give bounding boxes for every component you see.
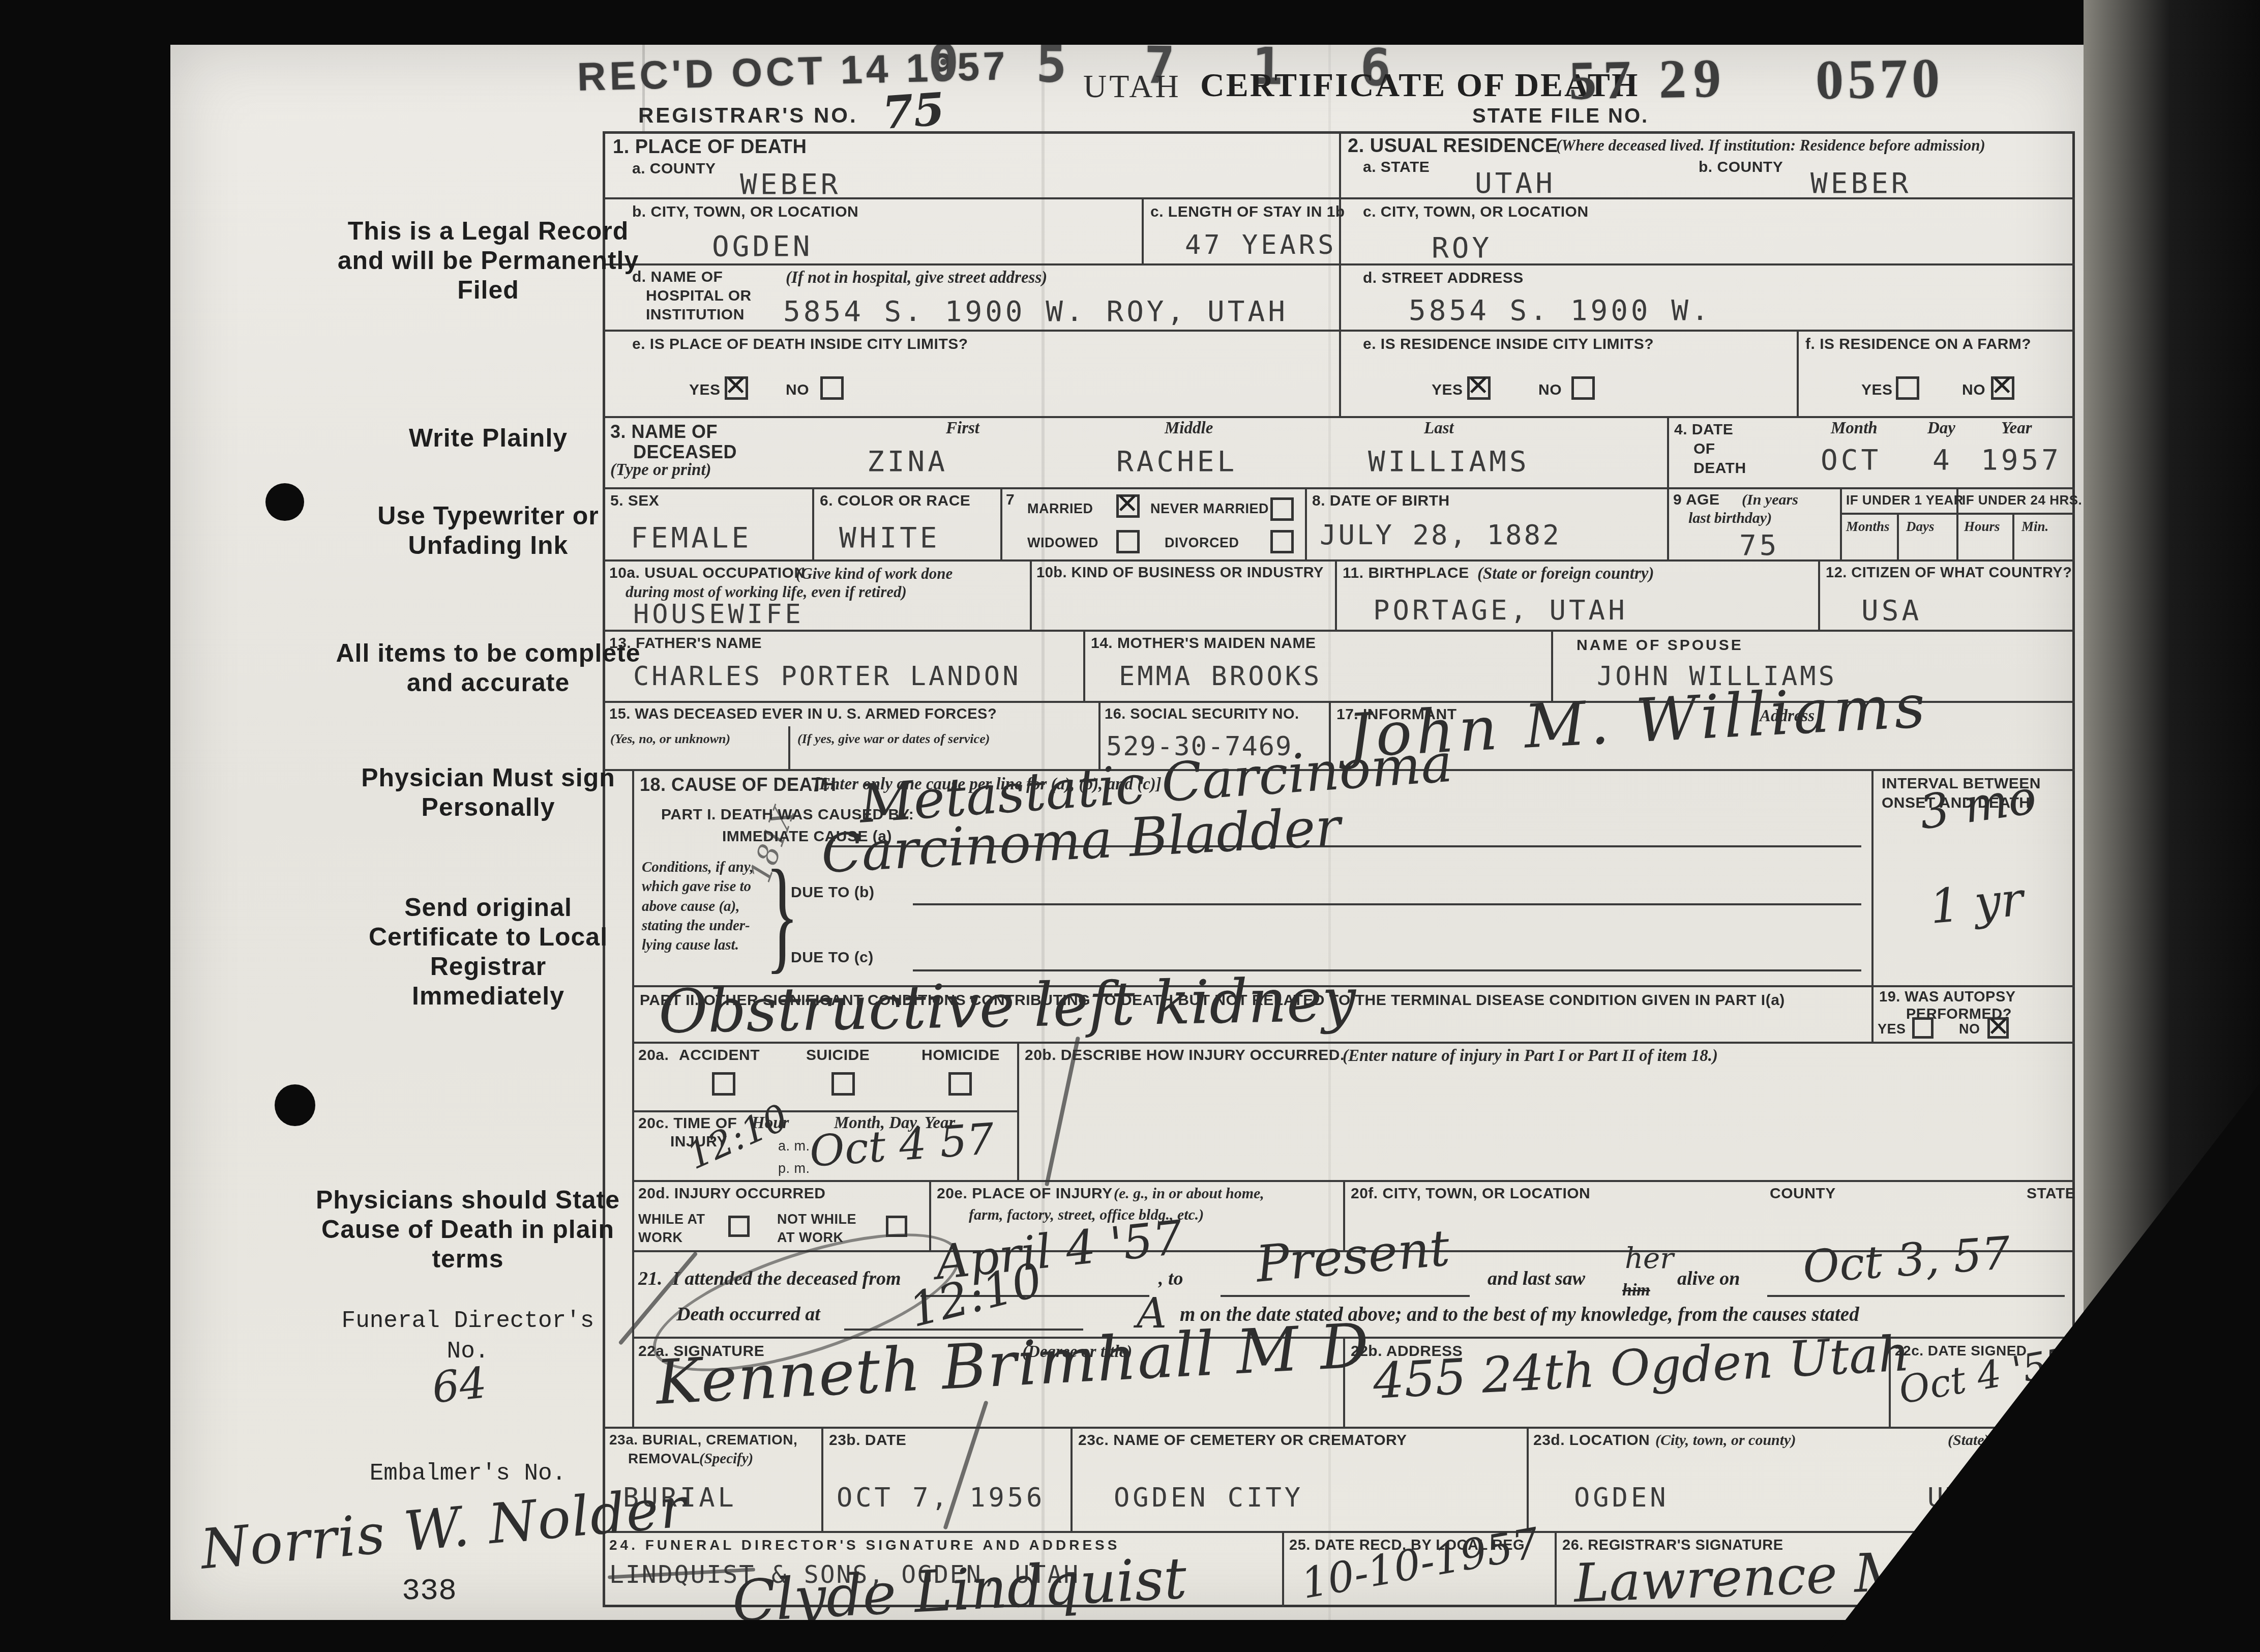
s14-value: EMMA BROOKS	[1119, 661, 1322, 692]
s2d-label: d. STREET ADDRESS	[1363, 270, 1524, 287]
s21-text4: alive on	[1677, 1267, 1740, 1290]
s15-divider	[788, 726, 790, 769]
s15-note2: (If yes, give war or dates of service)	[797, 731, 990, 747]
s9-min-label: Min.	[2021, 519, 2048, 535]
punch-hole-bottom	[275, 1084, 315, 1126]
s21-blank-alive	[1767, 1293, 2065, 1297]
s21-text3: and last saw	[1488, 1267, 1585, 1290]
s23d-note: (City, town, or county)	[1655, 1432, 1796, 1449]
place-inside-city-yes-checkbox	[725, 376, 748, 400]
s4-label3: DEATH	[1693, 460, 1746, 477]
s23a-label1: 23a. BURIAL, CREMATION,	[609, 1432, 797, 1448]
s2b-value: WEBER	[1810, 167, 1912, 200]
s3-middle-value: RACHEL	[1116, 445, 1237, 478]
margin-note-plain-terms: Physicians should State Cause of Death i…	[305, 1185, 631, 1274]
s20d-while1: WHILE AT	[638, 1212, 705, 1227]
s4-month-value: OCT	[1821, 444, 1881, 477]
s21-him-struck: him	[1622, 1281, 1650, 1300]
s7-widowed-label: WIDOWED	[1027, 535, 1098, 551]
residence-on-farm-no-checkbox	[1991, 376, 2014, 400]
s19-label1: 19. WAS AUTOPSY	[1879, 989, 2016, 1006]
s10b-label: 10b. KIND OF BUSINESS OR INDUSTRY	[1036, 565, 1324, 581]
state-stamp-serial: 0570	[1815, 46, 1944, 112]
registrar-no-label: REGISTRAR'S NO.	[638, 103, 858, 128]
s1e-label: e. IS PLACE OF DEATH INSIDE CITY LIMITS?	[632, 336, 968, 353]
s23d-label: 23d. LOCATION	[1533, 1432, 1650, 1449]
s9-note2: last birthday)	[1688, 510, 1772, 527]
s9-days-label: Days	[1906, 519, 1935, 535]
s1d-label1: d. NAME OF	[632, 269, 723, 286]
s2-title: 2. USUAL RESIDENCE	[1348, 135, 1558, 157]
interval-b-value: 1 yr	[1927, 872, 2025, 934]
s3-label2: DECEASED	[633, 441, 737, 463]
margin-note-typewriter: Use Typewriter or Unfading Ink	[325, 501, 651, 560]
s3-last-label: Last	[1424, 419, 1454, 438]
s15-note1: (Yes, no, or unknown)	[610, 731, 730, 747]
s20a-homicide-label: HOMICIDE	[921, 1047, 1000, 1064]
s1d-label3: INSTITUTION	[646, 306, 745, 323]
s3-label1: 3. NAME OF	[610, 421, 718, 442]
s1e-no-label: NO	[786, 381, 809, 399]
s1c-value: 47 YEARS	[1185, 230, 1336, 260]
s9-under24-label: IF UNDER 24 HRS.	[1962, 492, 2082, 508]
s21-text2: , to	[1158, 1267, 1183, 1290]
s9-hours-min-divider	[2012, 513, 2014, 559]
s9-hours-label: Hours	[1964, 519, 2000, 535]
s20a-accident-label: ACCIDENT	[679, 1047, 760, 1064]
married-checkbox	[1116, 494, 1140, 518]
s3-note: (Type or print)	[610, 461, 711, 480]
place-inside-city-no-checkbox	[820, 376, 844, 400]
part2-value: Obstructive left kidney	[658, 964, 1357, 1047]
s7-married-label: MARRIED	[1027, 501, 1093, 517]
s2-title-note: (Where deceased lived. If institution: R…	[1556, 136, 1985, 155]
residence-inside-city-yes-checkbox	[1467, 376, 1491, 400]
s4-month-label: Month	[1831, 419, 1878, 438]
accident-checkbox	[712, 1072, 735, 1096]
s23b-label: 23b. DATE	[829, 1432, 906, 1449]
s14-label: 14. MOTHER'S MAIDEN NAME	[1091, 635, 1316, 652]
s10a-note1: (Give kind of work done	[796, 565, 953, 583]
s5-label: 5. SEX	[610, 492, 659, 510]
autopsy-yes-checkbox	[1912, 1017, 1934, 1039]
s20d-while2: WORK	[638, 1230, 682, 1246]
s1d-value: 5854 S. 1900 W. ROY, UTAH	[783, 295, 1288, 328]
s2f-yes-label: YES	[1861, 381, 1893, 399]
s7-num: 7	[1006, 491, 1015, 509]
suicide-checkbox	[831, 1072, 855, 1096]
s23a-note: (Specify)	[699, 1451, 753, 1467]
s9-under1-label: IF UNDER 1 YEAR	[1846, 492, 1964, 508]
s16-label: 16. SOCIAL SECURITY NO.	[1105, 706, 1299, 723]
s1c-label: c. LENGTH OF STAY IN 1b	[1150, 203, 1345, 221]
s8-label: 8. DATE OF BIRTH	[1312, 492, 1450, 510]
film-border-left	[0, 0, 170, 1652]
s20e-label: 20e. PLACE OF INJURY	[937, 1185, 1113, 1202]
s2b-label: b. COUNTY	[1699, 159, 1783, 176]
s9-under24-divider	[1956, 513, 2075, 515]
margin-note-complete: All items to be complete and accurate	[325, 638, 651, 697]
s18-due-b-label: DUE TO (b)	[791, 884, 874, 901]
s3-first-value: ZINA	[867, 445, 948, 478]
s1b-label: b. CITY, TOWN, OR LOCATION	[632, 203, 858, 221]
s10a-label: 10a. USUAL OCCUPATION	[609, 565, 806, 582]
widowed-checkbox	[1116, 530, 1140, 553]
s10a-value: HOUSEWIFE	[633, 599, 804, 630]
s13-value: CHARLES PORTER LANDON	[633, 661, 1021, 692]
s13-label: 13. FATHER'S NAME	[609, 635, 762, 652]
funeral-directors-no-label: Funeral Director's No.	[325, 1306, 610, 1367]
s21-her-handwritten: her	[1625, 1242, 1674, 1275]
s23a-label2: REMOVAL	[628, 1451, 700, 1467]
s2e-yes-label: YES	[1432, 381, 1463, 399]
s20a-suicide-label: SUICIDE	[806, 1047, 870, 1064]
s1a-label: a. COUNTY	[632, 160, 716, 178]
s4-label2: OF	[1693, 440, 1715, 458]
scanned-death-certificate: REC'D OCT 14 1957 0 5 7 1 6 REGISTRAR'S …	[0, 0, 2260, 1652]
s1a-value: WEBER	[740, 168, 841, 201]
s1b-value: OGDEN	[712, 230, 813, 263]
s7-never-married-label: NEVER MARRIED	[1150, 501, 1269, 517]
s9-months-days-divider	[1897, 513, 1899, 559]
s4-year-value: 1957	[1981, 444, 2062, 477]
s2a-label: a. STATE	[1363, 159, 1430, 176]
s4-day-label: Day	[1927, 419, 1955, 438]
s20f-label: 20f. CITY, TOWN, OR LOCATION	[1351, 1185, 1590, 1202]
residence-on-farm-yes-checkbox	[1896, 376, 1919, 400]
margin-note-physician-sign: Physician Must sign Personally	[325, 763, 651, 822]
while-at-work-checkbox	[728, 1216, 750, 1237]
s2a-value: UTAH	[1475, 167, 1556, 200]
margin-note-send-original: Send original Certificate to Local Regis…	[351, 893, 626, 1011]
s3-middle-label: Middle	[1165, 419, 1213, 438]
s11-note: (State or foreign country)	[1477, 565, 1654, 583]
s20c-am-label: a. m.	[778, 1138, 810, 1154]
autopsy-no-checkbox	[1987, 1017, 2009, 1039]
s23b-value: OCT 7, 1956	[837, 1483, 1045, 1513]
homicide-checkbox	[948, 1072, 972, 1096]
s2f-label: f. IS RESIDENCE ON A FARM?	[1805, 336, 2031, 353]
s15-label: 15. WAS DECEASED EVER IN U. S. ARMED FOR…	[609, 706, 997, 723]
s2f-no-label: NO	[1962, 381, 1985, 399]
s5-value: FEMALE	[631, 521, 752, 554]
s3-last-value: WILLIAMS	[1368, 445, 1530, 478]
s2d-value: 5854 S. 1900 W.	[1409, 294, 1712, 327]
margin-note-write-plainly: Write Plainly	[325, 423, 651, 453]
s23c-label: 23c. NAME OF CEMETERY OR CREMATORY	[1078, 1432, 1407, 1449]
s7-divorced-label: DIVORCED	[1165, 535, 1239, 551]
margin-note-legal: This is a Legal Record and will be Perma…	[325, 216, 651, 305]
s23d-city-value: OGDEN	[1574, 1483, 1669, 1513]
s18-title: 18. CAUSE OF DEATH	[640, 774, 836, 795]
s21-num: 21.	[638, 1267, 663, 1290]
s18-line-b	[913, 901, 1861, 905]
s4-label1: 4. DATE	[1674, 421, 1733, 438]
s1d-note: (If not in hospital, give street address…	[786, 269, 1047, 287]
s20d-label: 20d. INJURY OCCURRED	[638, 1185, 825, 1202]
s3-first-label: First	[946, 419, 979, 438]
s2e-label: e. IS RESIDENCE INSIDE CITY LIMITS?	[1363, 336, 1654, 353]
registrar-no-value: 75	[880, 82, 946, 139]
funeral-directors-no-value: 64	[430, 1358, 489, 1413]
s19-no-label: NO	[1959, 1021, 1980, 1037]
s20b-note: (Enter nature of injury in Part I or Par…	[1343, 1047, 1718, 1066]
s9-label: 9 AGE	[1673, 491, 1719, 509]
s23c-value: OGDEN CITY	[1114, 1483, 1303, 1513]
state-stamp-year-district: 57 29	[1568, 47, 1729, 112]
s20e-note1: (e. g., in or about home,	[1114, 1185, 1264, 1202]
s20c-pm-label: p. m.	[778, 1161, 810, 1176]
never-married-checkbox	[1270, 497, 1294, 521]
s1e-yes-label: YES	[689, 381, 721, 399]
s1-title: 1. PLACE OF DEATH	[613, 136, 807, 158]
residence-inside-city-no-checkbox	[1571, 376, 1595, 400]
s9-months-label: Months	[1846, 519, 1890, 535]
s11-label: 11. BIRTHPLACE	[1343, 565, 1469, 582]
s12-value: USA	[1861, 594, 1922, 627]
s21-blank-to	[1221, 1293, 1470, 1297]
s6-label: 6. COLOR OR RACE	[820, 492, 970, 510]
s2e-no-label: NO	[1538, 381, 1562, 399]
s10a-note2: during most of working life, even if ret…	[626, 583, 907, 601]
punch-hole-top	[265, 483, 304, 521]
embalmer-number: 338	[402, 1572, 457, 1611]
s2c-value: ROY	[1432, 231, 1492, 264]
s20d-not1: NOT WHILE	[777, 1212, 856, 1227]
s4-year-label: Year	[2001, 419, 2032, 438]
s8-value: JULY 28, 1882	[1320, 519, 1561, 551]
s20f-county-label: COUNTY	[1770, 1185, 1836, 1202]
s20f-state-label: STATE	[2027, 1185, 2075, 1202]
s19-yes-label: YES	[1878, 1021, 1906, 1037]
s2c-label: c. CITY, TOWN, OR LOCATION	[1363, 203, 1589, 221]
divorced-checkbox	[1270, 530, 1294, 553]
s18-conditions-note: Conditions, if any, which gave rise to a…	[642, 858, 756, 955]
s20a-num: 20a.	[638, 1047, 669, 1064]
s18-due-c-label: DUE TO (c)	[791, 949, 874, 966]
s4-day-value: 4	[1932, 444, 1953, 477]
s6-value: WHITE	[839, 521, 940, 554]
s11-value: PORTAGE, UTAH	[1373, 594, 1628, 626]
film-border-top	[0, 0, 2260, 45]
s9-note1: (In years	[1742, 491, 1798, 509]
s9-value: 75	[1739, 529, 1779, 562]
s1d-label2: HOSPITAL OR	[646, 287, 752, 305]
title-state: UTAH	[1083, 68, 1181, 105]
embalmers-no-label: Embalmer's No.	[325, 1459, 610, 1489]
s12-label: 12. CITIZEN OF WHAT COUNTRY?	[1826, 565, 2072, 581]
spouse-label: NAME OF SPOUSE	[1577, 637, 1743, 654]
